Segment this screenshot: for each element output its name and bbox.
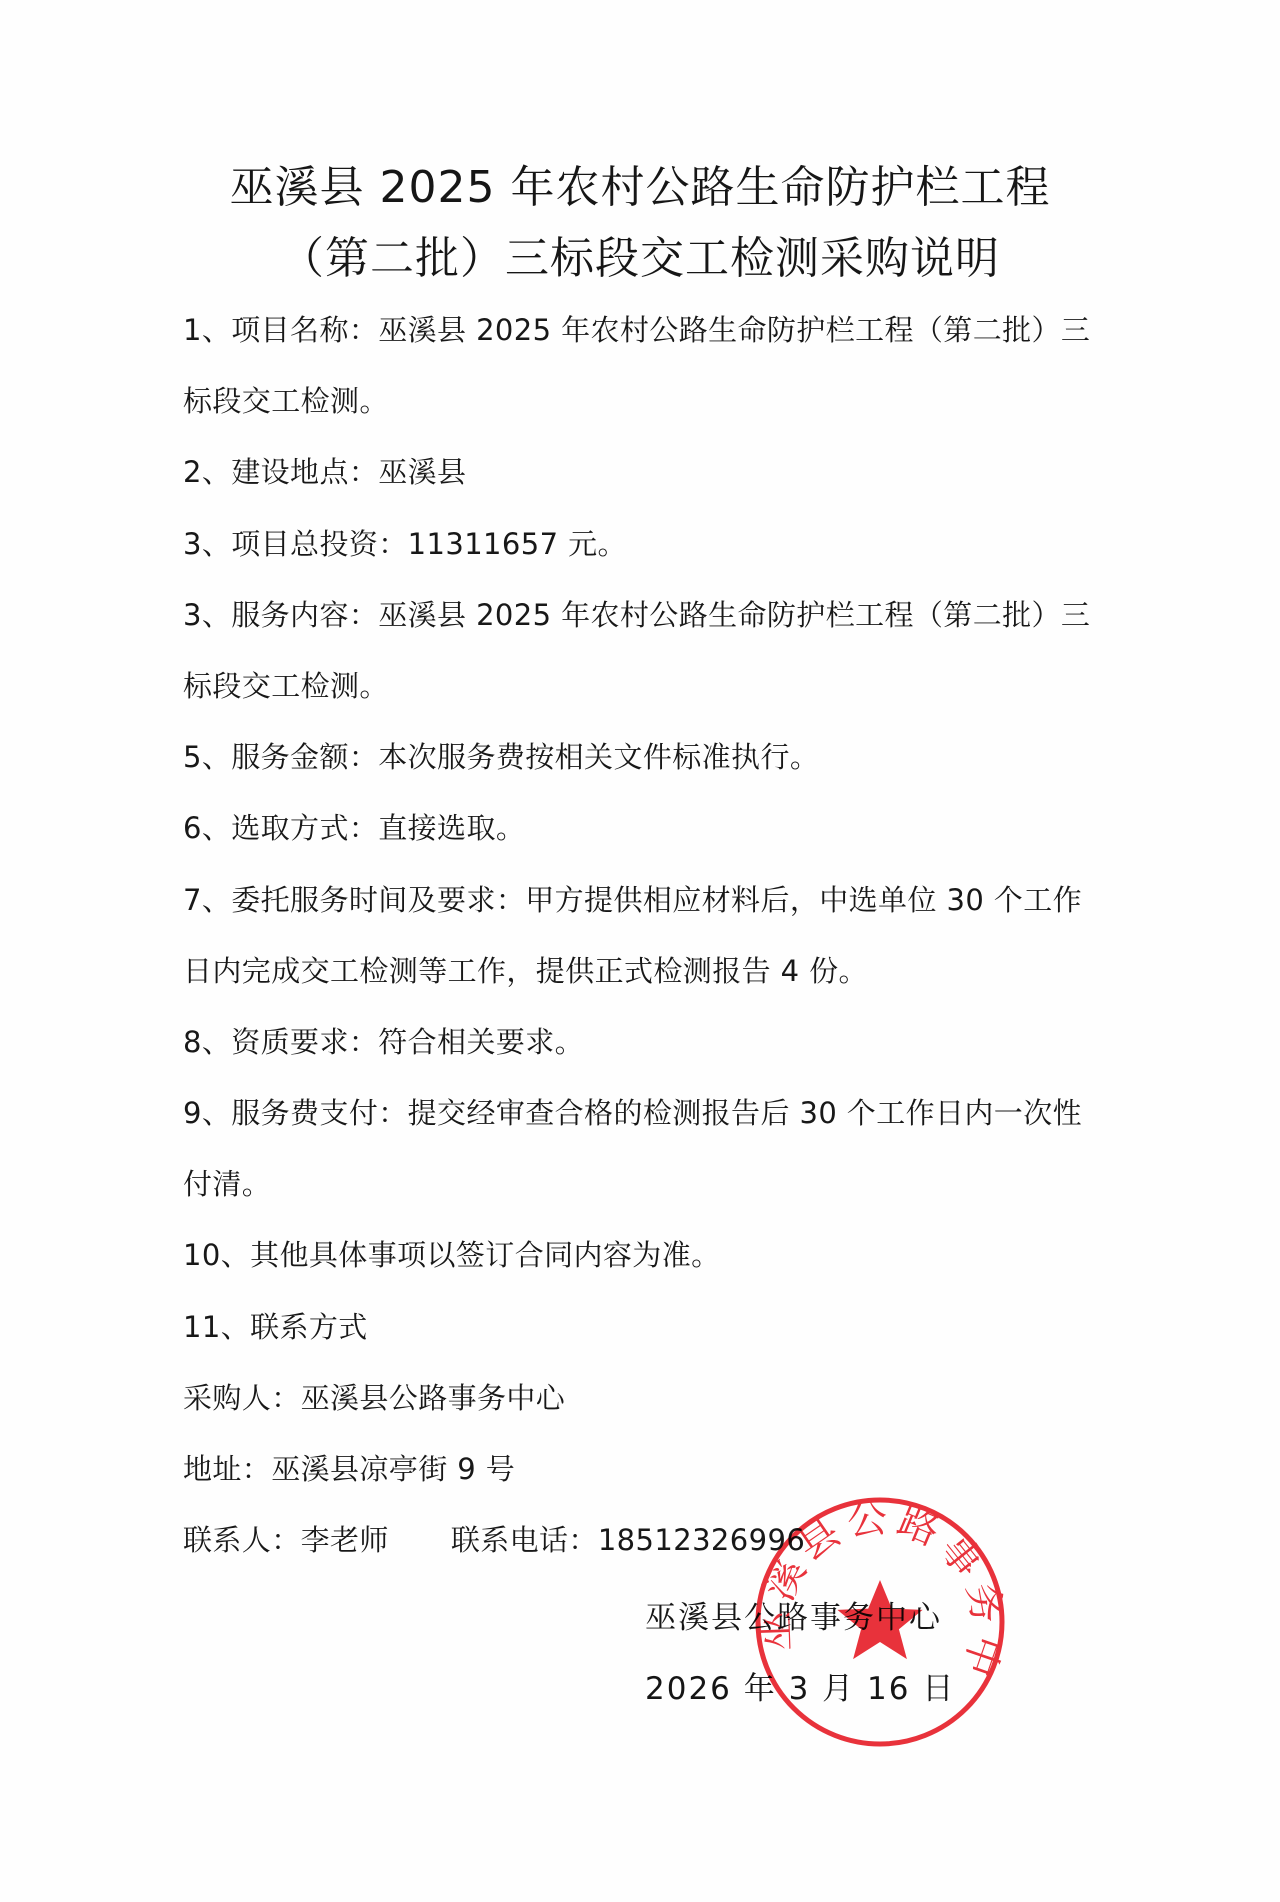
signature-date: 2026 年 3 月 16 日 [645, 1667, 955, 1738]
item-9-payment: 9、服务费支付：提交经审查合格的检测报告后 30 个工作日内一次性 [183, 1091, 1103, 1162]
item-7-service-time-cont: 日内完成交工检测等工作，提供正式检测报告 4 份。 [183, 949, 1103, 1020]
contact-row: 联系人：李老师联系电话：18512326996 [183, 1518, 1103, 1589]
item-1-project-name-cont: 标段交工检测。 [183, 379, 1103, 450]
purchaser: 采购人：巫溪县公路事务中心 [183, 1376, 1103, 1447]
item-8-qualification: 8、资质要求：符合相关要求。 [183, 1020, 1103, 1091]
signature-organization: 巫溪县公路事务中心 [645, 1596, 955, 1667]
item-3-service-content: 3、服务内容：巫溪县 2025 年农村公路生命防护栏工程（第二批）三 [183, 593, 1103, 664]
item-11-contact-heading: 11、联系方式 [183, 1305, 1103, 1376]
signature-block: 巫溪县公路事务中心 2026 年 3 月 16 日 [645, 1596, 955, 1738]
document-body: 1、项目名称：巫溪县 2025 年农村公路生命防护栏工程（第二批）三 标段交工检… [183, 308, 1103, 1589]
contact-phone-label: 联系电话： [451, 1523, 598, 1557]
item-5-service-amount: 5、服务金额：本次服务费按相关文件标准执行。 [183, 735, 1103, 806]
item-10-other-matters: 10、其他具体事项以签订合同内容为准。 [183, 1233, 1103, 1304]
item-1-project-name: 1、项目名称：巫溪县 2025 年农村公路生命防护栏工程（第二批）三 [183, 308, 1103, 379]
item-7-service-time: 7、委托服务时间及要求：甲方提供相应材料后，中选单位 30 个工作 [183, 878, 1103, 949]
document-title-line-1: 巫溪县 2025 年农村公路生命防护栏工程 [0, 160, 1280, 216]
item-6-selection-method: 6、选取方式：直接选取。 [183, 806, 1103, 877]
contact-phone: 18512326996 [598, 1523, 805, 1557]
item-3-total-investment: 3、项目总投资：11311657 元。 [183, 522, 1103, 593]
item-2-location: 2、建设地点：巫溪县 [183, 450, 1103, 521]
document-title-line-2: （第二批）三标段交工检测采购说明 [0, 231, 1280, 287]
item-9-payment-cont: 付清。 [183, 1162, 1103, 1233]
contact-person: 联系人：李老师 [183, 1523, 389, 1557]
document-page: 巫溪县 2025 年农村公路生命防护栏工程 （第二批）三标段交工检测采购说明 1… [0, 0, 1280, 1902]
item-3-service-content-cont: 标段交工检测。 [183, 664, 1103, 735]
address: 地址：巫溪县凉亭街 9 号 [183, 1447, 1103, 1518]
